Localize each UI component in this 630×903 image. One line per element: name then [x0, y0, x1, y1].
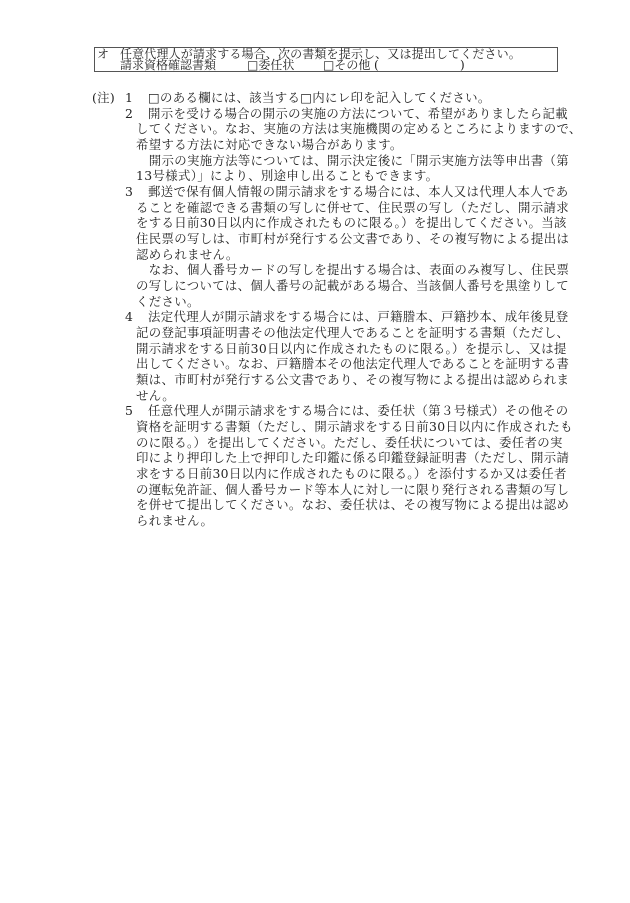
note-text-line: のに限る。）を提出してください。ただし、委任状については、委任者の実	[136, 435, 563, 451]
note-text-line: 出してください。なお、戸籍謄本その他法定代理人であることを証明する書	[136, 356, 569, 372]
note-text-line: 法定代理人が開示請求をする場合には、戸籍謄本、戸籍抄本、成年後見登	[148, 309, 568, 325]
proxy-documents-box: オ 任意代理人が請求する場合、次の書類を提示し、又は提出してください。 請求資格…	[94, 47, 558, 72]
note-text-line: ることを確認できる書類の写しに併せて、住民票の写し（ただし、開示請求	[136, 200, 569, 216]
note-number: 2	[125, 106, 133, 122]
checkbox-other[interactable]: □その他	[323, 59, 370, 71]
note-text-line: 住民票の写しは、市町村が発行する公文書であり、その複写物による提出は	[136, 231, 569, 247]
checkbox-power-of-attorney[interactable]: □委任状	[247, 59, 294, 71]
note-text-line: ください。	[136, 294, 200, 310]
note-text-line: □のある欄には、該当する□内にレ印を記入してください。	[148, 90, 491, 106]
note-number: 1	[125, 90, 133, 106]
note-text-line: 認められません。	[136, 247, 239, 263]
item-label-o: オ	[97, 48, 109, 60]
note-text-line: 郵送で保有個人情報の開示請求をする場合には、本人又は代理人本人であ	[148, 184, 568, 200]
note-text-line: 印により押印した上で押印した印鑑に係る印鑑登録証明書（ただし、開示請	[136, 450, 569, 466]
other-field-close: )	[460, 59, 465, 71]
note-number: 3	[125, 184, 133, 200]
note-text-line: 記の登記事項証明書その他法定代理人であることを証明する書類（ただし、	[136, 325, 569, 341]
note-number: 5	[125, 403, 133, 419]
notes-heading: (注)	[92, 90, 115, 106]
note-text-line: をする日前30日以内に作成されたものに限る。）を提出してください。当該	[136, 215, 567, 231]
note-text-line: 開示の実施方法等については、開示決定後に「開示実施方法等申出書（第	[136, 153, 569, 169]
note-text-line: 任意代理人が開示請求をする場合には、委任状（第３号様式）その他その	[148, 403, 568, 419]
note-text-line: なお、個人番号カードの写しを提出する場合は、表面のみ複写し、住民票	[136, 262, 569, 278]
note-text-line: 開示を受ける場合の開示の実施の方法について、希望がありましたら記載	[148, 106, 568, 122]
note-text-line: 希望する方法に対応できない場合があります。	[136, 137, 403, 153]
note-text-line: を併せて提出してください。なお、委任状は、その複写物による提出は認め	[136, 497, 569, 513]
note-text-line: の写しについては、個人番号の記載がある場合、当該個人番号を黒塗りして	[136, 278, 569, 294]
note-number: 4	[125, 309, 133, 325]
note-text-line: してください。なお、実施の方法は実施機関の定めるところによりますので、	[136, 121, 582, 137]
note-text-line: 類は、市町村が発行する公文書であり、その複写物による提出は認められま	[136, 372, 569, 388]
note-text-line: 資格を証明する書類（ただし、開示請求をする日前30日以内に作成されたも	[136, 419, 573, 435]
note-text-line: せん。	[136, 388, 175, 404]
note-text-line: 求をする日前30日以内に作成されたものに限る。）を添付するか又は委任者	[136, 466, 567, 482]
note-text-line: の運転免許証、個人番号カード等本人に対し一に限り発行される書類の写し	[136, 482, 569, 498]
note-text-line: 13号様式）」により、別途申し出ることもできます。	[136, 168, 438, 184]
other-field-open: (	[374, 59, 379, 71]
note-text-line: られません。	[136, 513, 213, 529]
note-text-line: 開示請求をする日前30日以内に作成されたものに限る。）を提示し、又は提	[136, 341, 567, 357]
qualification-docs-label: 請求資格確認書類	[120, 59, 216, 71]
